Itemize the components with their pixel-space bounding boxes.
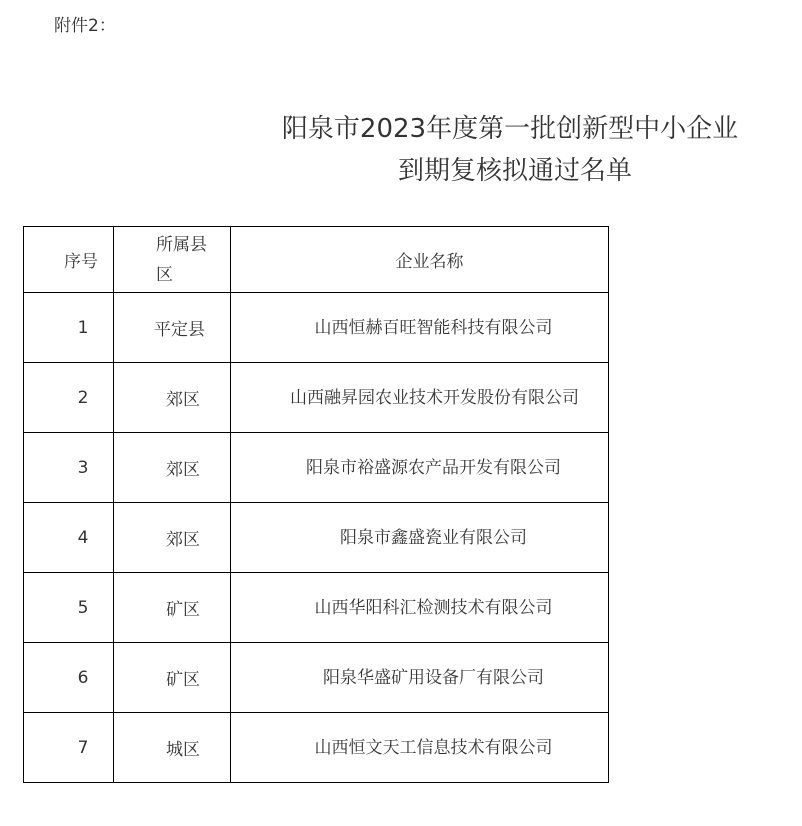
table-row: 7 城区 山西恒文天工信息技术有限公司 [24, 713, 609, 783]
row-seq: 3 [24, 433, 114, 503]
row-company: 山西恒文天工信息技术有限公司 [231, 713, 609, 783]
header-county: 所属县区 [114, 227, 231, 293]
table-row: 4 郊区 阳泉市鑫盛瓷业有限公司 [24, 503, 609, 573]
row-county: 郊区 [114, 503, 231, 573]
table-row: 6 矿区 阳泉华盛矿用设备厂有限公司 [24, 643, 609, 713]
row-company: 山西华阳科汇检测技术有限公司 [231, 573, 609, 643]
row-seq-value: 3 [65, 458, 101, 478]
table-row: 5 矿区 山西华阳科汇检测技术有限公司 [24, 573, 609, 643]
row-county: 城区 [114, 713, 231, 783]
row-seq-value: 5 [65, 598, 101, 618]
row-seq: 1 [24, 293, 114, 363]
document-title-line-1: 阳泉市2023年度第一批创新型中小企业 [240, 108, 780, 150]
row-company: 阳泉市鑫盛瓷业有限公司 [231, 503, 609, 573]
row-seq-value: 2 [65, 388, 101, 408]
row-county: 矿区 [114, 573, 231, 643]
row-county: 平定县 [114, 293, 231, 363]
row-seq: 6 [24, 643, 114, 713]
table-row: 1 平定县 山西恒赫百旺智能科技有限公司 [24, 293, 609, 363]
header-seq: 序号 [24, 227, 114, 293]
row-company: 山西恒赫百旺智能科技有限公司 [231, 293, 609, 363]
row-company: 阳泉华盛矿用设备厂有限公司 [231, 643, 609, 713]
row-seq-value: 6 [65, 668, 101, 688]
company-list-table: 序号 所属县区 企业名称 1 平定县 山西恒赫百旺智能科技有限公司 2 郊区 山… [23, 226, 609, 783]
table-row: 2 郊区 山西融昇园农业技术开发股份有限公司 [24, 363, 609, 433]
row-seq-value: 4 [65, 528, 101, 548]
row-county: 郊区 [114, 433, 231, 503]
row-company: 山西融昇园农业技术开发股份有限公司 [231, 363, 609, 433]
table-row: 3 郊区 阳泉市裕盛源农产品开发有限公司 [24, 433, 609, 503]
row-company: 阳泉市裕盛源农产品开发有限公司 [231, 433, 609, 503]
attachment-label: 附件2： [54, 14, 116, 38]
row-county: 郊区 [114, 363, 231, 433]
header-company: 企业名称 [231, 227, 609, 293]
row-seq: 7 [24, 713, 114, 783]
row-seq-value: 7 [65, 738, 101, 758]
row-county: 矿区 [114, 643, 231, 713]
document-title-line-2: 到期复核拟通过名单 [250, 150, 780, 192]
table-header-row: 序号 所属县区 企业名称 [24, 227, 609, 293]
row-seq: 5 [24, 573, 114, 643]
row-seq: 2 [24, 363, 114, 433]
row-seq-value: 1 [65, 318, 101, 338]
row-seq: 4 [24, 503, 114, 573]
